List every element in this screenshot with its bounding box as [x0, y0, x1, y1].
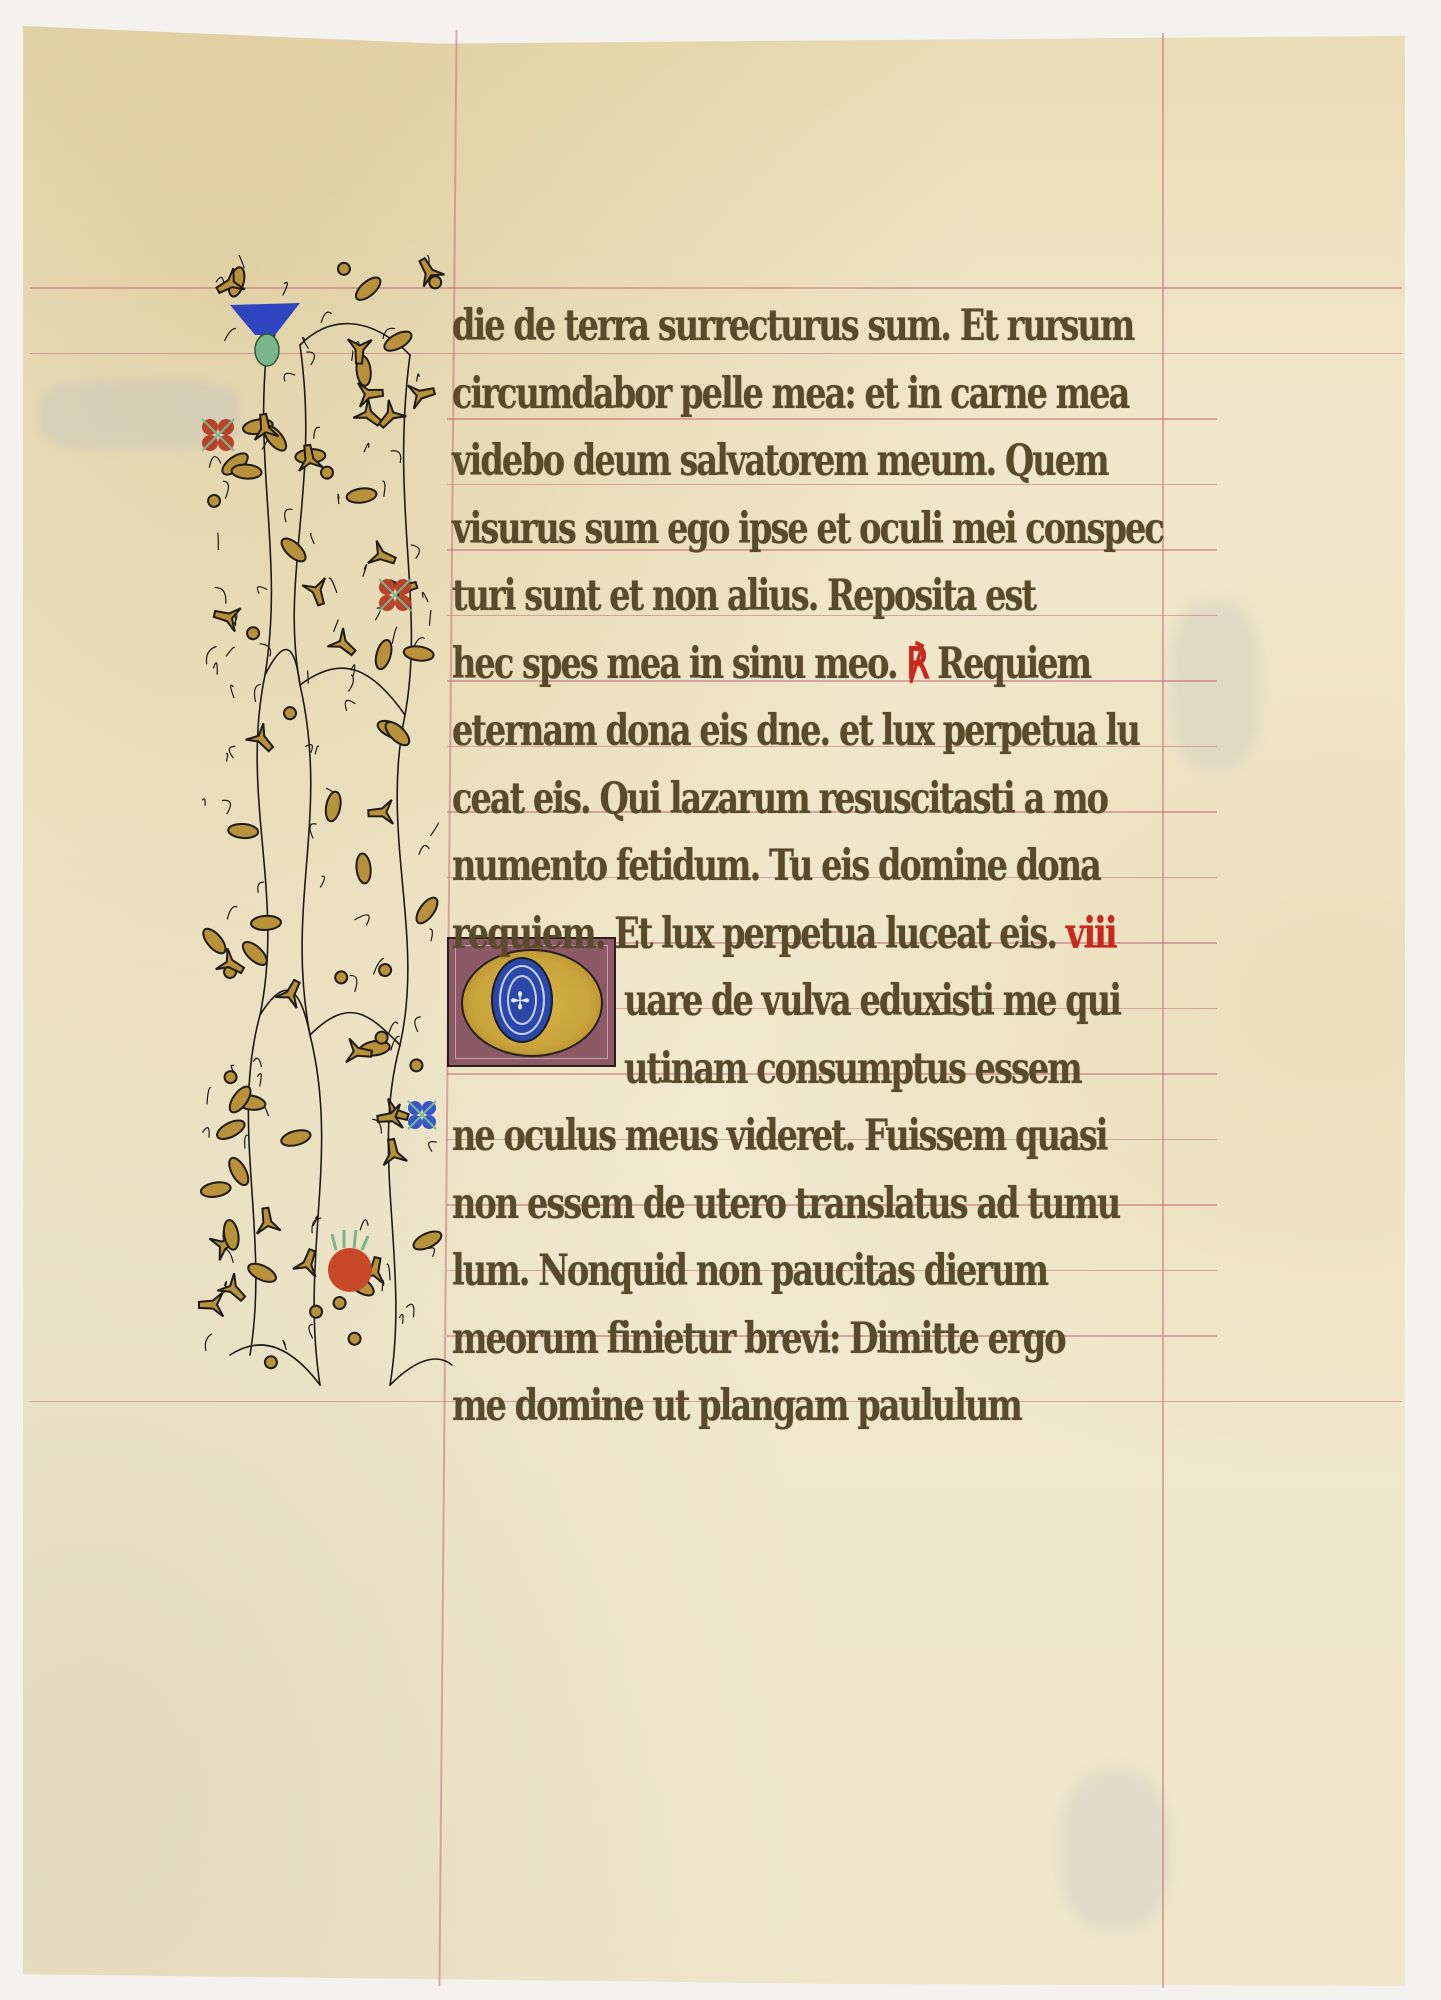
- text-line: videbo deum salvatorem meum. Quem: [452, 431, 1108, 491]
- text-line: utinam consumptus essem: [624, 1039, 1081, 1099]
- text-line: hec spes mea in sinu meo. ℟ Requiem: [452, 634, 1090, 694]
- show-through: [1170, 600, 1260, 770]
- gold-leaf-icon: [246, 1260, 279, 1286]
- gold-leaf-icon: [254, 1207, 281, 1234]
- show-through-pencil: [1060, 1770, 1170, 1930]
- gold-leaf-icon: [309, 1305, 322, 1318]
- gold-leaf-icon: [377, 962, 393, 978]
- line-text: eternam dona eis dne. et lux perpetua lu: [452, 706, 1139, 756]
- line-text: circumdabor pelle mea: et in carne mea: [452, 369, 1128, 419]
- gold-leaf-icon: [337, 262, 351, 276]
- line-text: Nonquid non paucitas dierum: [538, 1246, 1047, 1296]
- line-text: me domine ut plangam paululum: [452, 1381, 1021, 1431]
- gold-leaf-icon: [225, 1155, 252, 1188]
- gold-leaf-icon: [207, 494, 221, 508]
- gold-leaf-icon: [352, 274, 384, 304]
- gold-leaf-icon: [403, 645, 435, 663]
- gold-leaf-icon: [327, 628, 361, 662]
- text-line: uare de vulva eduxisti me qui: [624, 971, 1120, 1031]
- strawberry-icon: [328, 1230, 372, 1292]
- gold-leaf-icon: [247, 627, 260, 640]
- line-text: Et rursum: [960, 301, 1134, 351]
- gold-leaf-icon: [381, 328, 414, 355]
- rubric-text: viii: [1066, 909, 1116, 959]
- line-text: numento fetidum.: [452, 841, 769, 891]
- text-line: requiem. Et lux perpetua luceat eis. vii…: [452, 904, 1116, 964]
- gold-leaf-icon: [293, 1246, 324, 1277]
- gold-leaf-icon: [214, 1117, 247, 1143]
- gold-leaf-icon: [199, 1292, 223, 1316]
- line-text: videbo deum salvatorem meum.: [452, 436, 1005, 486]
- gold-leaf-icon: [358, 381, 384, 407]
- gold-leaf-icon: [368, 541, 399, 572]
- text-line: visurus sum ego ipse et oculi mei conspe…: [452, 499, 1163, 559]
- floral-border: [190, 255, 455, 1395]
- gold-leaf-icon: [278, 535, 309, 566]
- line-text: visurus sum ego ipse et oculi mei conspe…: [452, 504, 1163, 554]
- gold-leaf-icon: [199, 925, 229, 957]
- gold-leaf-icon: [355, 853, 372, 884]
- text-line: non essem de utero translatus ad tumu: [452, 1174, 1119, 1234]
- gold-leaf-icon: [408, 1057, 425, 1074]
- text-line: die de terra surrecturus sum. Et rursum: [452, 296, 1133, 356]
- gold-leaf-icon: [246, 723, 280, 757]
- gold-leaf-icon: [324, 790, 343, 822]
- line-text: Tu eis domine dona: [769, 841, 1100, 891]
- line-text: utinam consumptus essem: [624, 1044, 1081, 1094]
- line-text: lum.: [452, 1246, 538, 1296]
- text-line: lum. Nonquid non paucitas dierum: [452, 1241, 1047, 1301]
- text-line: circumdabor pelle mea: et in carne mea: [452, 364, 1128, 424]
- line-text: ne oculus meus videret.: [452, 1111, 864, 1161]
- line-text: Requiem: [937, 639, 1090, 689]
- gold-leaf-icon: [333, 969, 349, 985]
- line-text: ceat eis.: [452, 774, 599, 824]
- line-text: Dimitte ergo: [849, 1314, 1064, 1364]
- line-text: hec spes mea in sinu meo.: [452, 639, 906, 689]
- line-text: uare de vulva eduxisti me qui: [624, 976, 1120, 1026]
- gold-leaf-icon: [282, 705, 299, 722]
- ruling-right: [1162, 33, 1164, 1988]
- gold-leaf-icon: [346, 487, 378, 505]
- blue-cornflower-icon: [230, 303, 300, 366]
- red-flower-icon: [202, 419, 234, 451]
- gold-leaf-icon: [411, 1228, 444, 1253]
- text-line: me domine ut plangam paululum: [452, 1376, 1021, 1436]
- gold-leaf-icon: [331, 1295, 348, 1312]
- gold-leaf-icon: [408, 380, 437, 409]
- gold-leaf-icon: [231, 464, 262, 480]
- line-text: Et lux perpetua luceat eis.: [614, 909, 1066, 959]
- gold-leaf-icon: [264, 1355, 278, 1369]
- line-text: die de terra surrecturus sum.: [452, 301, 960, 351]
- text-line: meorum finietur brevi: Dimitte ergo: [452, 1309, 1065, 1369]
- text-line: ceat eis. Qui lazarum resuscitasti a mo: [452, 769, 1107, 829]
- text-line: turi sunt et non alius. Reposita est: [452, 566, 1035, 626]
- line-text: requiem.: [452, 909, 614, 959]
- gold-leaf-icon: [373, 638, 394, 671]
- rubric-text: ℟: [906, 639, 937, 689]
- text-line: numento fetidum. Tu eis domine dona: [452, 836, 1100, 896]
- line-text: Fuissem quasi: [864, 1111, 1106, 1161]
- gold-leaf-icon: [217, 1273, 251, 1307]
- gold-leaf-icon: [228, 823, 259, 839]
- gold-leaf-icon: [379, 1137, 407, 1165]
- gold-leaf-icon: [302, 578, 332, 608]
- gold-leaf-icon: [224, 1070, 238, 1084]
- line-text: Reposita est: [827, 571, 1035, 621]
- line-text: meorum finietur brevi:: [452, 1314, 849, 1364]
- blue-forget-me-not-icon: [408, 1101, 436, 1129]
- line-text: Quem: [1005, 436, 1108, 486]
- gold-leaf-icon: [239, 938, 270, 969]
- line-text: Qui lazarum resuscitasti a mo: [599, 774, 1107, 824]
- line-text: turi sunt et non alius.: [452, 571, 827, 621]
- initial-cross-glyph: ✢: [510, 987, 530, 1015]
- gold-leaf-icon: [368, 800, 393, 825]
- gold-leaf-icon: [412, 894, 441, 927]
- text-line: eternam dona eis dne. et lux perpetua lu: [452, 701, 1139, 761]
- line-text: non essem de utero translatus ad tumu: [452, 1179, 1119, 1229]
- gold-leaf-icon: [347, 1331, 363, 1347]
- gold-leaf-icon: [200, 1180, 232, 1199]
- gold-leaf-icon: [251, 915, 282, 931]
- gold-leaf-icon: [280, 1127, 313, 1148]
- text-line: ne oculus meus videret. Fuissem quasi: [452, 1106, 1107, 1166]
